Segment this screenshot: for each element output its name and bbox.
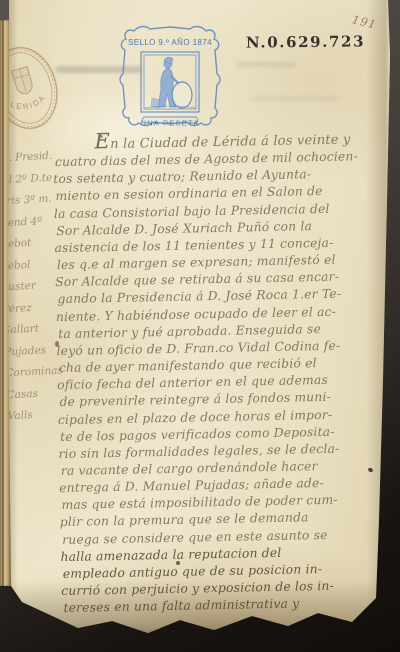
stamp-denomination-text: UNA PESETA <box>140 119 199 128</box>
ink-blot <box>176 561 180 565</box>
document-paper: SELLO 9.º AÑO 1874 UNA PESETA LERIDA N.0… <box>0 0 400 652</box>
ink-showthrough-smudge <box>236 62 296 67</box>
stamp-top-text: SELLO 9.º AÑO 1874 <box>128 38 212 47</box>
manuscript-body: En la Ciudad de Lérida á los veinte ycua… <box>52 128 383 617</box>
revenue-stamp-icon: SELLO 9.º AÑO 1874 UNA PESETA <box>118 24 222 131</box>
ink-blot <box>100 135 103 138</box>
serial-number: N.0.629.723 <box>246 32 365 51</box>
ink-showthrough-smudge <box>250 96 340 101</box>
paper-right-edge-shadow <box>366 0 392 620</box>
ink-blot <box>55 341 59 347</box>
torn-edge-shadow <box>0 580 400 640</box>
binding-line <box>2 20 4 586</box>
scanned-manuscript-photo: SELLO 9.º AÑO 1874 UNA PESETA LERIDA N.0… <box>0 0 400 652</box>
